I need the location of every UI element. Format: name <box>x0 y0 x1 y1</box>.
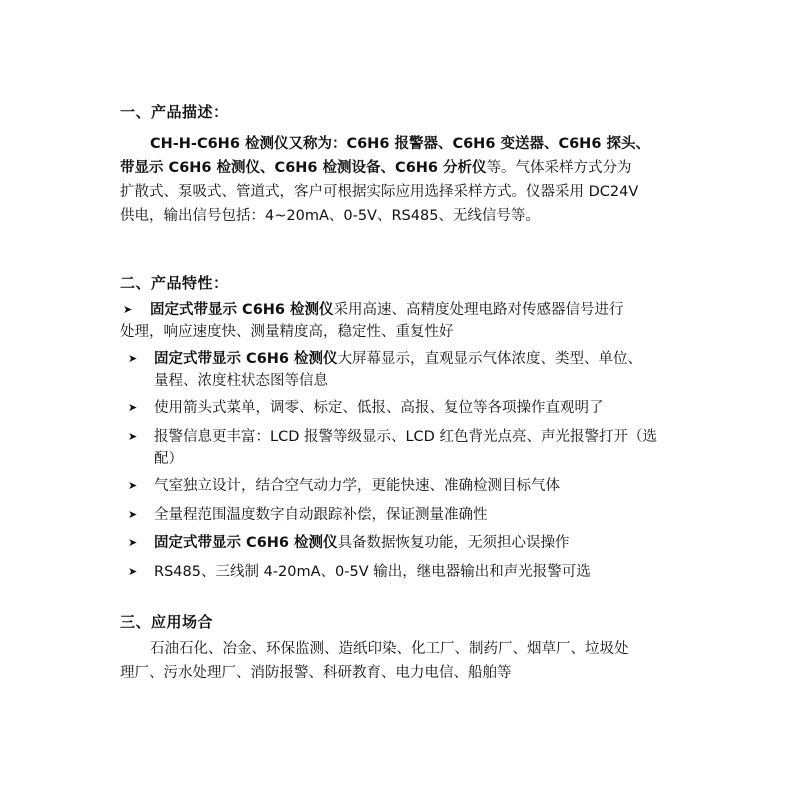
arrow-bullet-icon: ➤ <box>128 475 137 497</box>
feature-text: 报警信息更丰富：LCD 报警等级显示、LCD 红色背光点亮、声光报警打开（选 <box>120 426 680 448</box>
feature-bold-text: 固定式带显示 C6H6 检测仪 <box>154 535 338 551</box>
description-text: 等。气体采样方式分为 <box>487 160 632 176</box>
feature-text: 全量程范围温度数字自动跟踪补偿，保证测量准确性 <box>120 504 680 526</box>
description-line-1: CH-H-C6H6 检测仪又称为：C6H6 报警器、C6H6 变送器、C6H6 … <box>120 132 680 156</box>
section-heading-applications: 三、应用场合 <box>120 611 213 632</box>
feature-text: 气室独立设计，结合空气动力学，更能快速、准确检测目标气体 <box>120 475 680 497</box>
feature-text: 使用箭头式菜单，调零、标定、低报、高报、复位等各项操作直观明了 <box>120 397 680 419</box>
feature-text: 具备数据恢复功能，无须担心误操作 <box>338 535 570 551</box>
feature-bold-text: 固定式带显示 C6H6 检测仪 <box>154 351 338 367</box>
feature-text-continued: 量程、浓度柱状态图等信息 <box>120 370 680 392</box>
applications-line-2: 理厂、污水处理厂、消防报警、科研教育、电力电信、船舶等 <box>120 661 680 685</box>
feature-item-1: ➤ 固定式带显示 C6H6 检测仪采用高速、高精度处理电路对传感器信号进行 处理… <box>120 299 680 343</box>
feature-item-4: ➤ 报警信息更丰富：LCD 报警等级显示、LCD 红色背光点亮、声光报警打开（选… <box>120 426 680 470</box>
feature-text: 大屏幕显示，直观显示气体浓度、类型、单位、 <box>338 351 643 367</box>
feature-item-3: ➤ 使用箭头式菜单，调零、标定、低报、高报、复位等各项操作直观明了 <box>120 397 680 419</box>
feature-text: 采用高速、高精度处理电路对传感器信号进行 <box>334 302 624 318</box>
section-heading-features: 二、产品特性： <box>120 272 229 293</box>
description-paragraph: CH-H-C6H6 检测仪又称为：C6H6 报警器、C6H6 变送器、C6H6 … <box>120 132 680 228</box>
arrow-bullet-icon: ➤ <box>128 532 137 554</box>
feature-bold-text: 固定式带显示 C6H6 检测仪 <box>150 302 334 318</box>
feature-item-5: ➤ 气室独立设计，结合空气动力学，更能快速、准确检测目标气体 <box>120 475 680 497</box>
description-bold-text: CH-H-C6H6 检测仪又称为：C6H6 报警器、C6H6 变送器、C6H6 … <box>150 136 650 152</box>
description-line-3: 扩散式、泵吸式、管道式，客户可根据实际应用选择采样方式。仪器采用 DC24V <box>120 180 680 204</box>
description-text: 扩散式、泵吸式、管道式，客户可根据实际应用选择采样方式。仪器采用 DC24V <box>120 184 638 200</box>
description-line-4: 供电，输出信号包括：4~20mA、0-5V、RS485、无线信号等。 <box>120 204 680 228</box>
feature-item-8: ➤ RS485、三线制 4-20mA、0-5V 输出，继电器输出和声光报警可选 <box>120 561 680 583</box>
description-bold-text: 带显示 C6H6 检测仪、C6H6 检测设备、C6H6 分析仪 <box>120 160 487 176</box>
applications-line-1: 石油石化、冶金、环保监测、造纸印染、化工厂、制药厂、烟草厂、垃圾处 <box>120 637 680 661</box>
description-line-2: 带显示 C6H6 检测仪、C6H6 检测设备、C6H6 分析仪等。气体采样方式分… <box>120 156 680 180</box>
section-heading-description: 一、产品描述： <box>120 101 229 122</box>
arrow-bullet-icon: ➤ <box>128 561 137 583</box>
description-text: 供电，输出信号包括：4~20mA、0-5V、RS485、无线信号等。 <box>120 208 540 224</box>
feature-text-continued: 处理，响应速度快、测量精度高，稳定性、重复性好 <box>120 321 680 343</box>
feature-item-7: ➤ 固定式带显示 C6H6 检测仪具备数据恢复功能，无须担心误操作 <box>120 532 680 554</box>
feature-item-6: ➤ 全量程范围温度数字自动跟踪补偿，保证测量准确性 <box>120 504 680 526</box>
feature-text: RS485、三线制 4-20mA、0-5V 输出，继电器输出和声光报警可选 <box>120 561 680 583</box>
arrow-bullet-icon: ➤ <box>128 397 137 419</box>
feature-text-continued: 配） <box>120 448 680 470</box>
arrow-bullet-icon: ➤ <box>128 426 137 448</box>
feature-item-2: ➤ 固定式带显示 C6H6 检测仪大屏幕显示，直观显示气体浓度、类型、单位、 量… <box>120 348 680 392</box>
applications-paragraph: 石油石化、冶金、环保监测、造纸印染、化工厂、制药厂、烟草厂、垃圾处 理厂、污水处… <box>120 637 680 685</box>
arrow-bullet-icon: ➤ <box>123 299 132 321</box>
arrow-bullet-icon: ➤ <box>128 504 137 526</box>
arrow-bullet-icon: ➤ <box>128 348 137 370</box>
